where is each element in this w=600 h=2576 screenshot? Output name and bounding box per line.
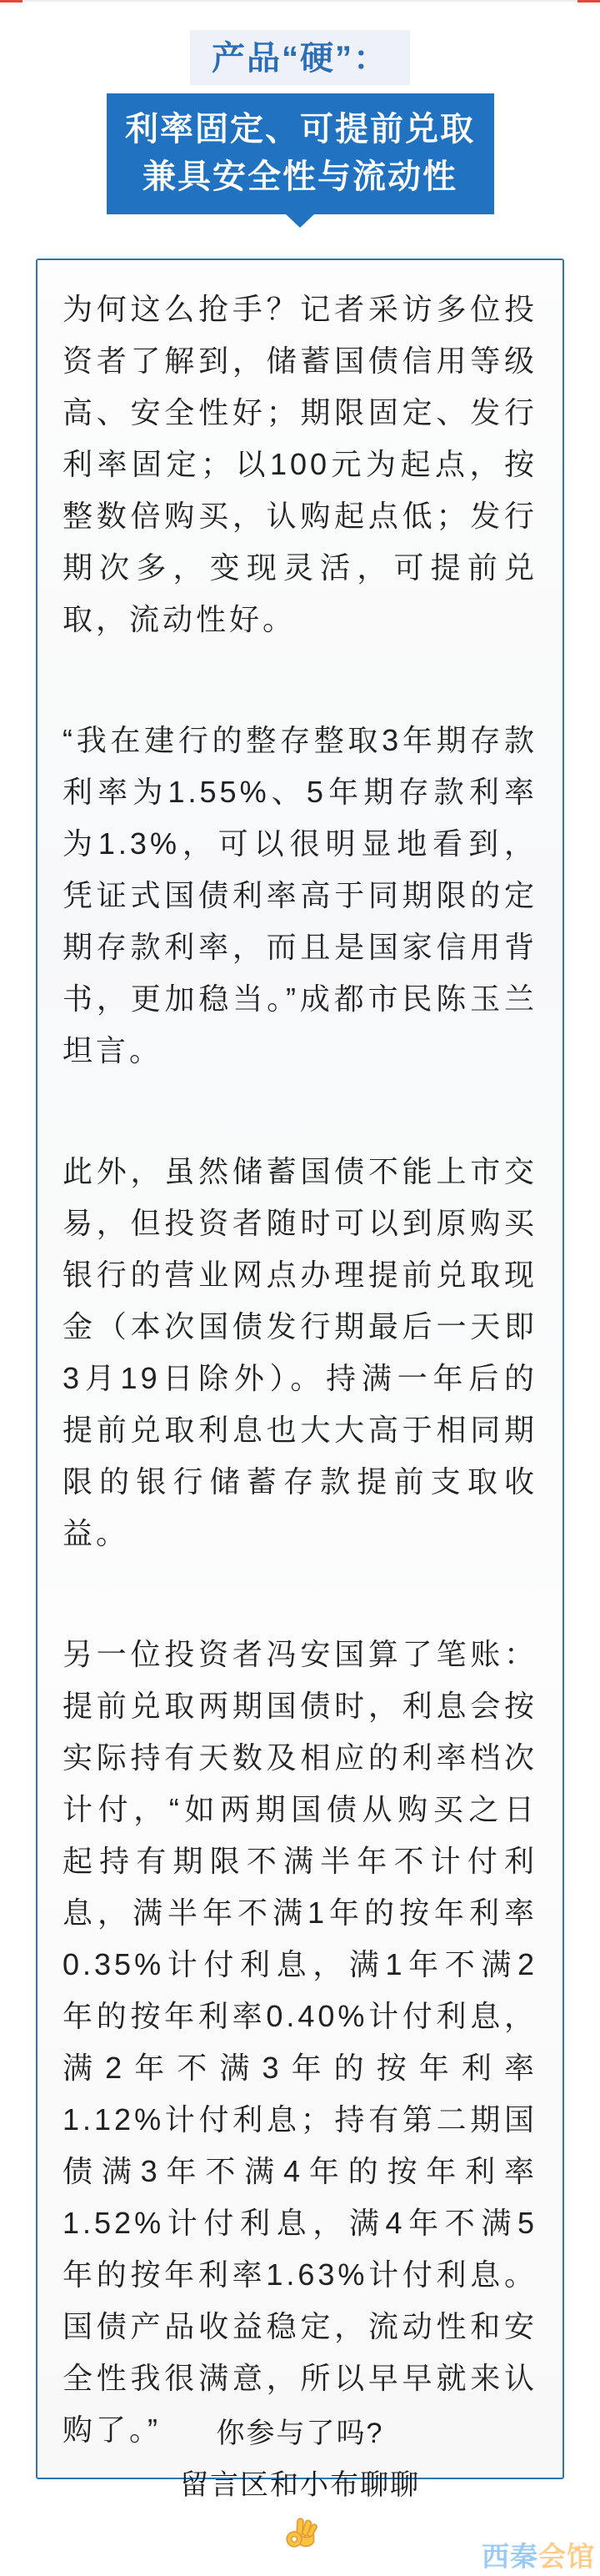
top-right-red-mark: [577, 0, 600, 3]
watermark: 西秦会馆: [482, 2535, 595, 2574]
headline-line2: 兼具安全性与流动性: [107, 153, 494, 201]
section-label-badge: 产品“硬”：: [190, 30, 410, 85]
article-paragraph: 为何这么抢手？记者采访多位投资者了解到，储蓄国债信用等级高、安全性好；期限固定、…: [62, 284, 537, 645]
footer-cta: 留言区和小布聊聊: [0, 2467, 600, 2503]
article-paragraph: 另一位投资者冯安国算了笔账：提前兑取两期国债时，利息会按实际持有天数及相应的利率…: [62, 1629, 537, 2456]
article-page: 产品“硬”： 利率固定、可提前兑取 兼具安全性与流动性 为何这么抢手？记者采访多…: [0, 0, 600, 2479]
top-divider: [0, 0, 600, 2]
headline-banner: 利率固定、可提前兑取 兼具安全性与流动性: [107, 93, 494, 214]
ok-hand-emoji: [282, 2515, 318, 2552]
article-paragraph: “我在建行的整存整取3年期存款利率为1.55%、5年期存款利率为1.3%，可以很…: [62, 715, 537, 1077]
article-card: 为何这么抢手？记者采访多位投资者了解到，储蓄国债信用等级高、安全性好；期限固定、…: [36, 259, 564, 2479]
article-paragraph: 此外，虽然储蓄国债不能上市交易，但投资者随时可以到原购买银行的营业网点办理提前兑…: [62, 1146, 537, 1559]
headline-line1: 利率固定、可提前兑取: [107, 106, 494, 153]
top-left-red-mark: [0, 0, 22, 3]
watermark-part1: 西秦: [482, 2541, 538, 2572]
footer-question: 你参与了吗?: [0, 2415, 600, 2452]
section-label-row: 产品“硬”：: [0, 0, 600, 85]
watermark-part2: 会馆: [538, 2541, 595, 2572]
banner-pointer: [286, 214, 314, 228]
